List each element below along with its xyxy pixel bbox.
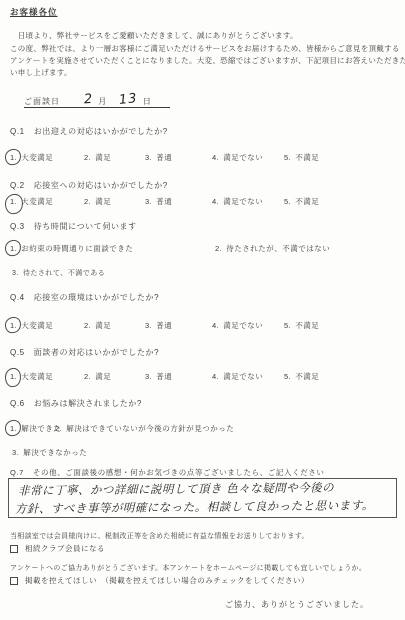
q3-options-row1: 1.お約束の時間通りに面談できた 2.待たされたが、不満ではない [0, 243, 405, 256]
q6-option-2: 2.解決はできていないが今後の方針が見つかった [55, 423, 234, 434]
q6-options-row2: 3.解決できなかった [0, 447, 405, 460]
intro-line: アンケートを実施させていただくことになりました。大変、恐縮ではございますが、下記… [10, 55, 405, 66]
question-q2: Q.2応接室への対応はいかがでしたか? [10, 180, 168, 191]
q2-option-2: 2.満足 [84, 196, 111, 207]
q7-comment-box: 非常に丁寧、かつ詳細に説明して頂き 色々な疑問や今後の 方針、すべき事等が明確に… [8, 478, 397, 518]
q2-option-5: 5.不満足 [284, 196, 319, 207]
q6-options-row1: 1.解決できた 2.解決はできていないが今後の方針が見つかった [0, 423, 405, 436]
q6-option-3: 3.解決できなかった [12, 447, 87, 458]
month-unit: 月 [98, 96, 107, 107]
interview-date-line: ご面談日 2 月 13 日 [24, 91, 170, 108]
intro-line: 日頃より、弊社サービスをご愛顧いただきまして、誠にありがとうございます。 [10, 30, 298, 41]
handwritten-comment-line: 非常に丁寧、かつ詳細に説明して頂き 色々な疑問や今後の [18, 479, 334, 498]
question-q7: Q.7その他、ご面談後の感想・何かお気づきの点等ございましたら、ご記入ください [10, 467, 325, 478]
q1-option-2: 2.満足 [84, 152, 111, 163]
q4-option-4: 4.満足でない [212, 320, 263, 331]
q3-option-1: 1.お約束の時間通りに面談できた [10, 243, 133, 254]
q2-options: 1.大変満足 2.満足 3.普通 4.満足でない 5.不満足 [0, 196, 405, 209]
intro-line: い申し上げます。 [10, 67, 72, 78]
q3-option-2: 2.待たされたが、不満ではない [215, 243, 330, 254]
q5-options: 1.大変満足 2.満足 3.普通 4.満足でない 5.不満足 [0, 371, 405, 384]
question-q5: Q.5面談者の対応はいかがでしたか? [10, 347, 159, 358]
q4-option-2: 2.満足 [84, 320, 111, 331]
day-unit: 日 [143, 96, 152, 107]
handwritten-day-value: 13 [119, 91, 139, 108]
publish-optout-row: 掲載を控えてほしい （掲載を控えてほしい場合のみチェックをしてください） [10, 575, 309, 586]
q2-option-3: 3.普通 [145, 196, 172, 207]
question-q3: Q.3待ち時間について伺います [10, 221, 137, 232]
q1-options: 1.大変満足 2.満足 3.普通 4.満足でない 5.不満足 [0, 152, 405, 165]
club-member-checkbox-label: 相続クラブ会員になる [25, 543, 105, 554]
handwritten-month-value: 2 [83, 92, 93, 108]
club-member-checkbox [10, 545, 18, 553]
publish-optout-checkbox [10, 577, 18, 585]
publish-optout-checkbox-label: 掲載を控えてほしい （掲載を控えてほしい場合のみチェックをしてください） [25, 575, 309, 586]
q5-option-1: 1.大変満足 [10, 371, 53, 382]
q5-option-5: 5.不満足 [284, 371, 319, 382]
survey-document: お客様各位 日頃より、弊社サービスをご愛顧いただきまして、誠にありがとうございま… [0, 0, 405, 620]
question-q1: Q.1お出迎えの対応はいかがでしたか? [10, 126, 168, 137]
q4-option-1: 1.大変満足 [10, 320, 53, 331]
q5-option-4: 4.満足でない [212, 371, 263, 382]
club-member-row: 相続クラブ会員になる [10, 543, 105, 554]
q3-options-row2: 3.待たされて、不満である [0, 268, 405, 281]
q5-option-2: 2.満足 [84, 371, 111, 382]
handwritten-comment-line: 方針、すべき事等が明確になった。相談して良かったと思います。 [15, 497, 374, 517]
q1-option-3: 3.普通 [145, 152, 172, 163]
q1-option-4: 4.満足でない [212, 152, 263, 163]
q5-option-3: 3.普通 [145, 371, 172, 382]
date-label: ご面談日 [24, 96, 60, 107]
question-q6: Q.6お悩みは解決されましたか? [10, 398, 142, 409]
q4-option-3: 3.普通 [145, 320, 172, 331]
intro-line: この度、弊社では、より一層お客様にご満足いただけるサービスをお届けするため、皆様… [10, 43, 400, 54]
q3-option-3: 3.待たされて、不満である [12, 268, 105, 278]
question-q4: Q.4応接室の環境はいかがでしたか? [10, 292, 159, 303]
q6-option-1: 1.解決できた [10, 423, 61, 434]
closing-text: ご協力、ありがとうございました。 [0, 599, 369, 610]
club-info-text: 当相談室では会員様向けに、税制改正等を含めた相続に有益な情報をお送りしております… [10, 531, 309, 541]
q1-option-5: 5.不満足 [284, 152, 319, 163]
q4-option-5: 5.不満足 [284, 320, 319, 331]
q1-option-1: 1.大変満足 [10, 152, 53, 163]
q2-option-1: 1.大変満足 [10, 196, 53, 207]
q4-options: 1.大変満足 2.満足 3.普通 4.満足でない 5.不満足 [0, 320, 405, 333]
q2-option-4: 4.満足でない [212, 196, 263, 207]
page-title: お客様各位 [10, 6, 58, 18]
publish-info-text: アンケートへのご協力ありがとうございます。本アンケートをホームページに掲載しても… [10, 563, 366, 573]
